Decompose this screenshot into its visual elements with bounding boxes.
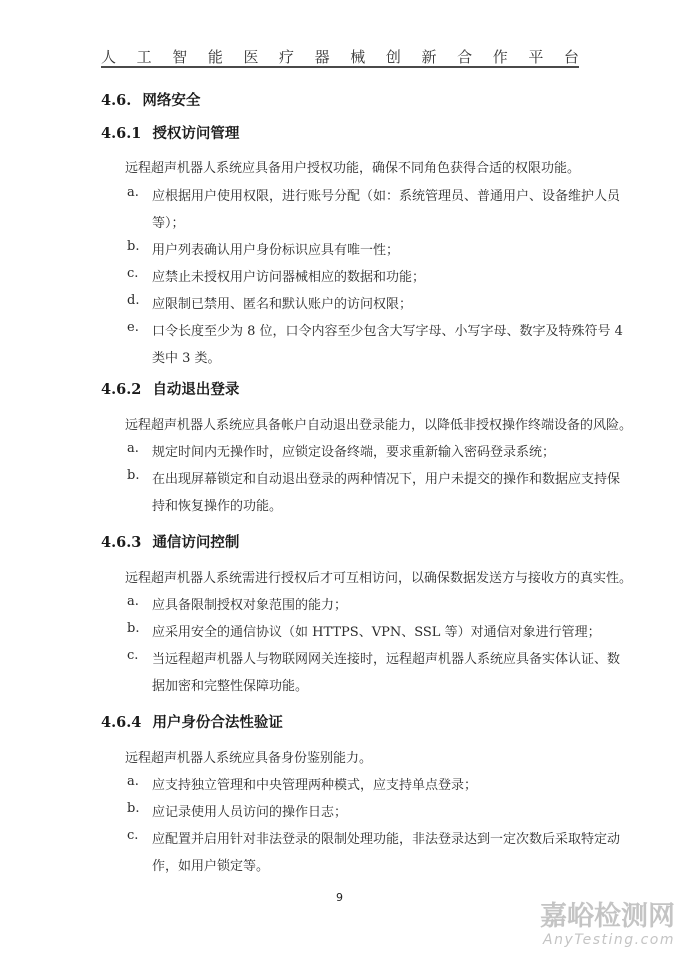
header-char: 新 (421, 48, 436, 66)
list-text: 应限制已禁用、匿名和默认账户的访问权限； (152, 293, 412, 312)
subsection-title: 自动退出登录 (152, 381, 239, 398)
list-marker: a. (127, 441, 147, 456)
list-marker: b. (127, 621, 147, 636)
subsection-number: 4.6.3 (101, 534, 141, 551)
list-marker: a. (127, 185, 147, 200)
list-text: 用户列表确认用户身份标识应具有唯一性； (152, 239, 399, 258)
list-text: 应采用安全的通信协议（如 HTTPS、VPN、SSL 等）对通信对象进行管理； (152, 621, 601, 640)
subsection-number: 4.6.2 (101, 381, 141, 398)
watermark-en: AnyTesting.com (540, 932, 675, 948)
list-marker: c. (127, 648, 147, 663)
list-marker: c. (127, 828, 147, 843)
watermark-logo: 嘉峪检测网 AnyTesting.com (540, 902, 675, 948)
section-number: 4.6. (101, 92, 131, 109)
subsection-intro: 远程超声机器人系统应具备用户授权功能，确保不同角色获得合适的权限功能。 (125, 157, 580, 176)
list-text: 应具备限制授权对象范围的能力； (152, 594, 347, 613)
list-marker: b. (127, 239, 147, 254)
header-char: 器 (315, 48, 330, 66)
watermark-cn: 嘉峪检测网 (540, 902, 675, 932)
list-marker: b. (127, 468, 147, 483)
subsection-title: 通信访问控制 (152, 534, 239, 551)
subsection-title: 用户身份合法性验证 (152, 714, 283, 731)
list-text: 应配置并启用针对非法登录的限制处理功能，非法登录达到一定次数后采取特定动 (152, 828, 620, 847)
list-text-continued: 持和恢复操作的功能。 (152, 495, 282, 514)
header-char: 医 (243, 48, 258, 66)
header-char: 平 (528, 48, 543, 66)
list-text: 当远程超声机器人与物联网网关连接时，远程超声机器人系统应具备实体认证、数 (152, 648, 620, 667)
header-char: 创 (386, 48, 401, 66)
header-char: 作 (493, 48, 508, 66)
header-char: 疗 (279, 48, 294, 66)
list-marker: e. (127, 320, 147, 335)
list-text: 在出现屏幕锁定和自动退出登录的两种情况下，用户未提交的操作和数据应支持保 (152, 468, 620, 487)
list-text: 应支持独立管理和中央管理两种模式，应支持单点登录； (152, 774, 477, 793)
list-marker: a. (127, 594, 147, 609)
subsection-intro: 远程超声机器人系统应具备身份鉴别能力。 (125, 747, 372, 766)
header-char: 械 (350, 48, 365, 66)
header-char: 台 (564, 48, 579, 66)
list-text-continued: 类中 3 类。 (152, 347, 221, 366)
list-text: 应记录使用人员访问的操作日志； (152, 801, 347, 820)
page-number: 9 (336, 891, 343, 904)
subsection-number: 4.6.4 (101, 714, 141, 731)
subsection-intro: 远程超声机器人系统应具备帐户自动退出登录能力，以降低非授权操作终端设备的风险。 (125, 414, 632, 433)
list-text: 应禁止未授权用户访问器械相应的数据和功能； (152, 266, 425, 285)
subsection-heading-4-6-1: 4.6.1 授权访问管理 (101, 122, 239, 143)
header-char: 合 (457, 48, 472, 66)
document-page: 人 工 智 能 医 疗 器 械 创 新 合 作 平 台 4.6. 网络安全 4.… (0, 0, 680, 961)
list-text-continued: 作，如用户锁定等。 (152, 855, 269, 874)
list-text: 口令长度至少为 8 位，口令内容至少包含大写字母、小写字母、数字及特殊符号 4 (152, 320, 623, 339)
list-marker: a. (127, 774, 147, 789)
subsection-heading-4-6-3: 4.6.3 通信访问控制 (101, 531, 239, 552)
header-char: 智 (172, 48, 187, 66)
section-title: 网络安全 (142, 92, 200, 109)
header-char: 人 (101, 48, 116, 66)
subsection-number: 4.6.1 (101, 125, 141, 142)
subsection-intro: 远程超声机器人系统需进行授权后才可互相访问，以确保数据发送方与接收方的真实性。 (125, 567, 632, 586)
subsection-heading-4-6-2: 4.6.2 自动退出登录 (101, 378, 239, 399)
subsection-heading-4-6-4: 4.6.4 用户身份合法性验证 (101, 711, 283, 732)
list-text-continued: 据加密和完整性保障功能。 (152, 675, 308, 694)
running-header: 人 工 智 能 医 疗 器 械 创 新 合 作 平 台 (101, 46, 579, 66)
header-char: 能 (208, 48, 223, 66)
list-text: 规定时间内无操作时，应锁定设备终端，要求重新输入密码登录系统； (152, 441, 555, 460)
list-text-continued: 等）； (152, 212, 185, 231)
list-text: 应根据用户使用权限，进行账号分配（如：系统管理员、普通用户、设备维护人员 (152, 185, 620, 204)
header-char: 工 (137, 48, 152, 66)
list-marker: d. (127, 293, 147, 308)
list-marker: b. (127, 801, 147, 816)
list-marker: c. (127, 266, 147, 281)
section-heading: 4.6. 网络安全 (101, 89, 200, 110)
subsection-title: 授权访问管理 (152, 125, 239, 142)
header-rule (101, 66, 579, 68)
